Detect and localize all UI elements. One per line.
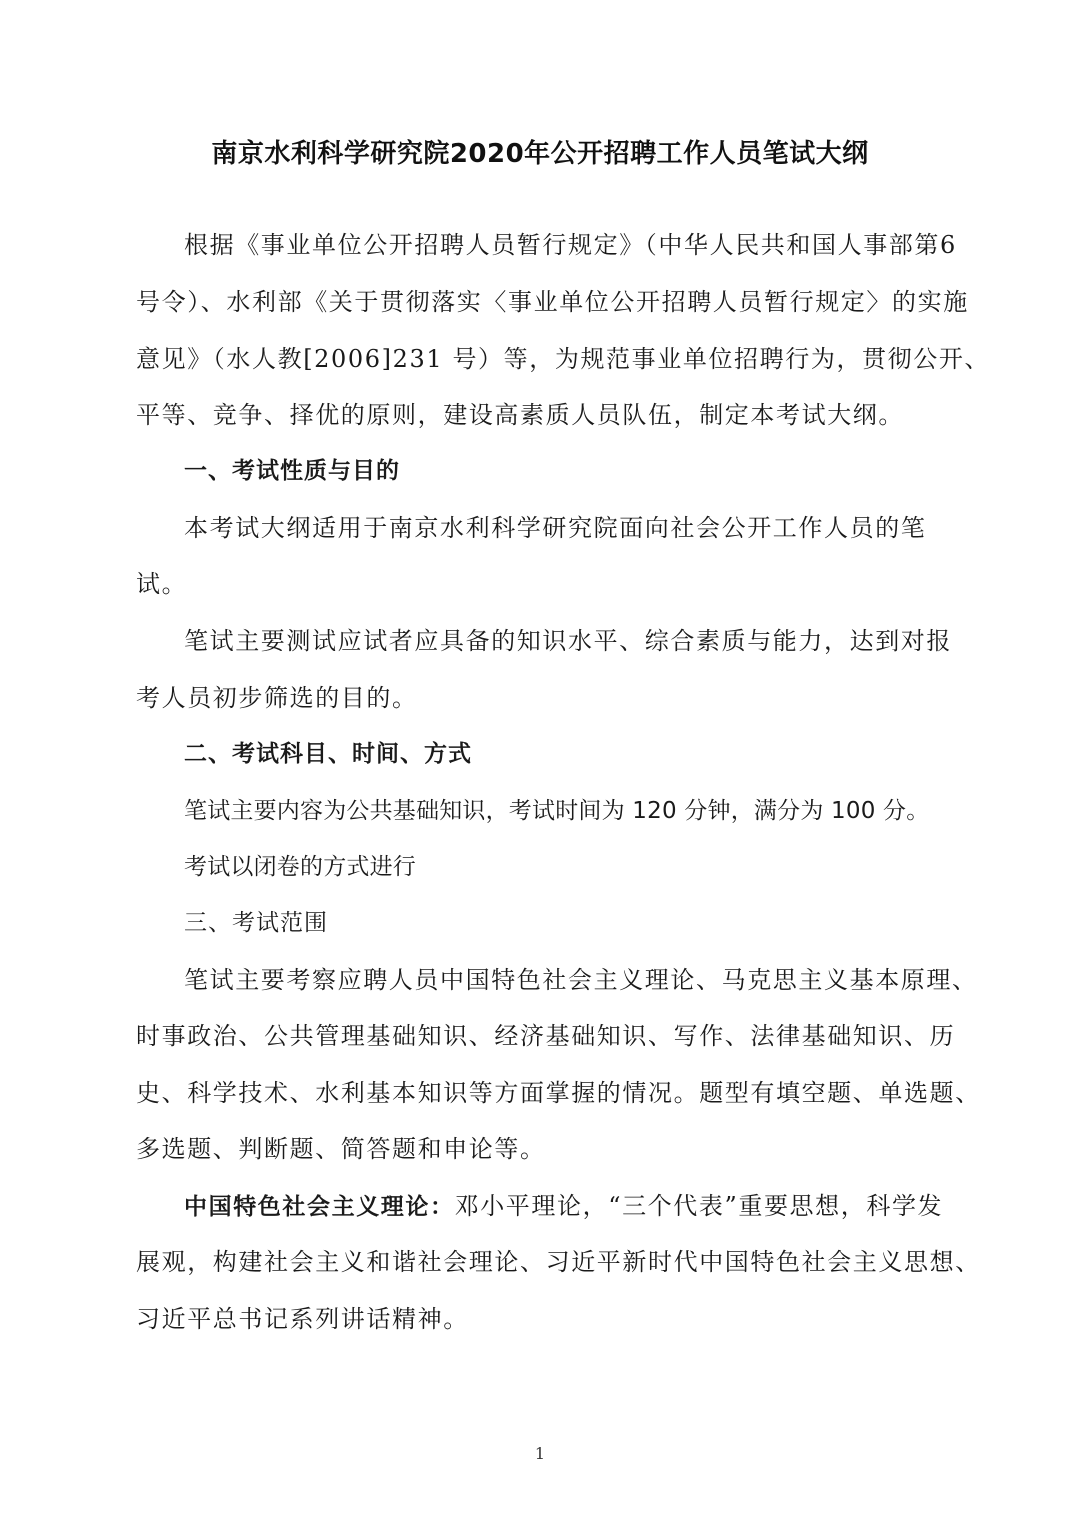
intro-line-3: 意见》（水人教[2006]231 号）等，为规范事业单位招聘行为，贯彻公开、 (136, 344, 951, 374)
section-2-line-2: 考试以闭卷的方式进行 (184, 852, 999, 882)
page-number: 1 (0, 1444, 1080, 1463)
topic-line-1-text: 邓小平理论，“三个代表”重要思想，科学发 (455, 1192, 944, 1220)
section-3-para-1-line-4: 多选题、判断题、简答题和申论等。 (136, 1134, 951, 1164)
section-3-para-2-line-3: 习近平总书记系列讲话精神。 (136, 1304, 951, 1334)
intro-line-2: 号令）、水利部《关于贯彻落实〈事业单位公开招聘人员暂行规定〉的实施 (136, 287, 951, 317)
section-3-para-2-line-2: 展观，构建社会主义和谐社会理论、习近平新时代中国特色社会主义思想、 (136, 1247, 951, 1277)
section-3-heading: 三、考试范围 (184, 908, 999, 938)
section-1-heading: 一、考试性质与目的 (184, 456, 999, 486)
section-1-para-1-line-1: 本考试大纲适用于南京水利科学研究院面向社会公开工作人员的笔 (184, 513, 999, 543)
section-2-heading: 二、考试科目、时间、方式 (184, 739, 999, 769)
document-page: 南京水利科学研究院2020年公开招聘工作人员笔试大纲 根据《事业单位公开招聘人员… (0, 0, 1080, 1526)
topic-lead-label: 中国特色社会主义理论： (184, 1194, 455, 1220)
section-1-para-2-line-2: 考人员初步筛选的目的。 (136, 683, 951, 713)
section-1-para-1-line-2: 试。 (136, 569, 951, 599)
section-2-line-1: 笔试主要内容为公共基础知识，考试时间为 120 分钟，满分为 100 分。 (184, 796, 999, 826)
section-3-para-2-line-1: 中国特色社会主义理论：邓小平理论，“三个代表”重要思想，科学发 (184, 1191, 999, 1222)
intro-line-1: 根据《事业单位公开招聘人员暂行规定》（中华人民共和国人事部第6 (184, 230, 999, 260)
section-1-para-2-line-1: 笔试主要测试应试者应具备的知识水平、综合素质与能力，达到对报 (184, 626, 999, 656)
section-3-para-1-line-3: 史、科学技术、水利基本知识等方面掌握的情况。题型有填空题、单选题、 (136, 1078, 951, 1108)
section-3-para-1-line-1: 笔试主要考察应聘人员中国特色社会主义理论、马克思主义基本原理、 (184, 965, 999, 995)
section-3-para-1-line-2: 时事政治、公共管理基础知识、经济基础知识、写作、法律基础知识、历 (136, 1021, 951, 1051)
intro-line-4: 平等、竞争、择优的原则，建设高素质人员队伍，制定本考试大纲。 (136, 400, 951, 430)
document-title: 南京水利科学研究院2020年公开招聘工作人员笔试大纲 (0, 133, 1080, 170)
